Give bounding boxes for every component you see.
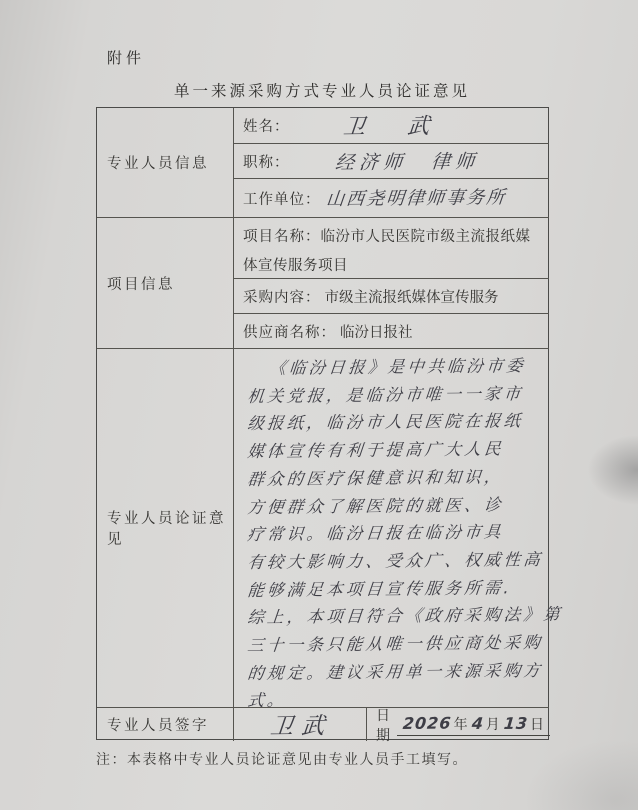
scanned-document-page: { "page": { "attachment_label": "附件", "t…: [0, 0, 638, 810]
opinion-line: 能够满足本项目宣传服务所需.: [246, 573, 548, 604]
date-prefix-label: 日期: [376, 705, 397, 745]
name-row: 姓名： 卫 武: [233, 108, 549, 144]
job-title-row: 职称： 经济师 律师: [233, 144, 549, 179]
name-value-handwritten: 卫 武: [342, 109, 441, 141]
date-filled-value: 2026 年 4 月 13 日: [397, 714, 550, 736]
procurement-content-row: 采购内容： 市级主流报纸媒体宣传服务: [233, 279, 549, 314]
signature-value-handwritten: 卫武: [269, 707, 334, 741]
footnote: 注：本表格中专业人员论证意见由专业人员手工填写。: [96, 749, 468, 769]
date-day-unit: 日: [530, 714, 544, 734]
personnel-section-label: 专业人员信息: [97, 152, 209, 173]
opinion-line: 疗常识。临汾日报在临汾市具: [246, 518, 548, 549]
opinion-line: 有较大影响力、受众广、权威性高: [246, 546, 548, 577]
date-cell: 日期 2026 年 4 月 13 日: [367, 708, 550, 741]
date-year-unit: 年: [454, 714, 468, 734]
personnel-section-label-cell: 专业人员信息: [97, 108, 233, 218]
project-section-label-cell: 项目信息: [97, 218, 233, 349]
date-month-unit: 月: [486, 714, 500, 734]
project-name-row: 项目名称：临汾市人民医院市级主流报纸媒体宣传服务项目: [233, 218, 549, 279]
project-section-label: 项目信息: [97, 273, 175, 294]
signature-section-label: 专业人员签字: [97, 714, 209, 735]
opinion-section-label: 专业人员论证意见: [97, 507, 233, 549]
signature-section-label-cell: 专业人员签字: [97, 708, 233, 741]
attachment-label: 附件: [107, 47, 145, 68]
date-month-handwritten: 4: [471, 713, 485, 732]
opinion-line: 《临汾日报》是中共临汾市委: [246, 352, 548, 383]
opinion-section-label-cell: 专业人员论证意见: [97, 349, 233, 708]
work-unit-row: 工作单位： 山西尧明律师事务所: [233, 179, 549, 218]
date-year-handwritten: 2026: [402, 713, 452, 733]
opinion-line: 方便群众了解医院的就医、诊: [246, 490, 548, 521]
opinion-line: 媒体宣传有利于提高广大人民: [246, 435, 548, 466]
project-name-label: 项目名称：: [243, 229, 321, 245]
signature-cell: 卫武: [233, 708, 367, 741]
work-unit-value-handwritten: 山西尧明律师事务所: [325, 183, 508, 211]
supplier-name-value: 临汾日报社: [340, 321, 413, 342]
opinion-cell: 《临汾日报》是中共临汾市委 机关党报，是临汾市唯一一家市 级报纸，临汾市人民医院…: [233, 349, 549, 708]
opinion-line: 群众的医疗保健意识和知识，: [246, 463, 548, 494]
procurement-content-label: 采购内容：: [243, 286, 321, 307]
opinion-line: 综上，本项目符合《政府采购法》第: [246, 601, 548, 632]
document-title: 单一来源采购方式专业人员论证意见: [96, 79, 548, 101]
job-title-label: 职称：: [243, 151, 290, 172]
name-label: 姓名：: [243, 115, 290, 136]
supplier-name-row: 供应商名称： 临汾日报社: [233, 314, 549, 349]
opinion-line: 机关党报，是临汾市唯一一家市: [246, 380, 548, 411]
form-table: 专业人员信息 项目信息 专业人员论证意见 专业人员签字 姓名： 卫 武 职称： …: [96, 107, 549, 740]
supplier-name-label: 供应商名称：: [243, 321, 336, 342]
opinion-line: 的规定。建议采用单一来源采购方: [246, 657, 548, 688]
job-title-value-handwritten: 经济师 律师: [334, 146, 481, 175]
opinion-line: 级报纸，临汾市人民医院在报纸: [246, 407, 548, 438]
date-day-handwritten: 13: [503, 713, 529, 732]
opinion-line: 三十一条只能从唯一供应商处采购: [246, 629, 548, 660]
work-unit-label: 工作单位：: [243, 188, 321, 209]
procurement-content-value: 市级主流报纸媒体宣传服务: [325, 286, 499, 307]
